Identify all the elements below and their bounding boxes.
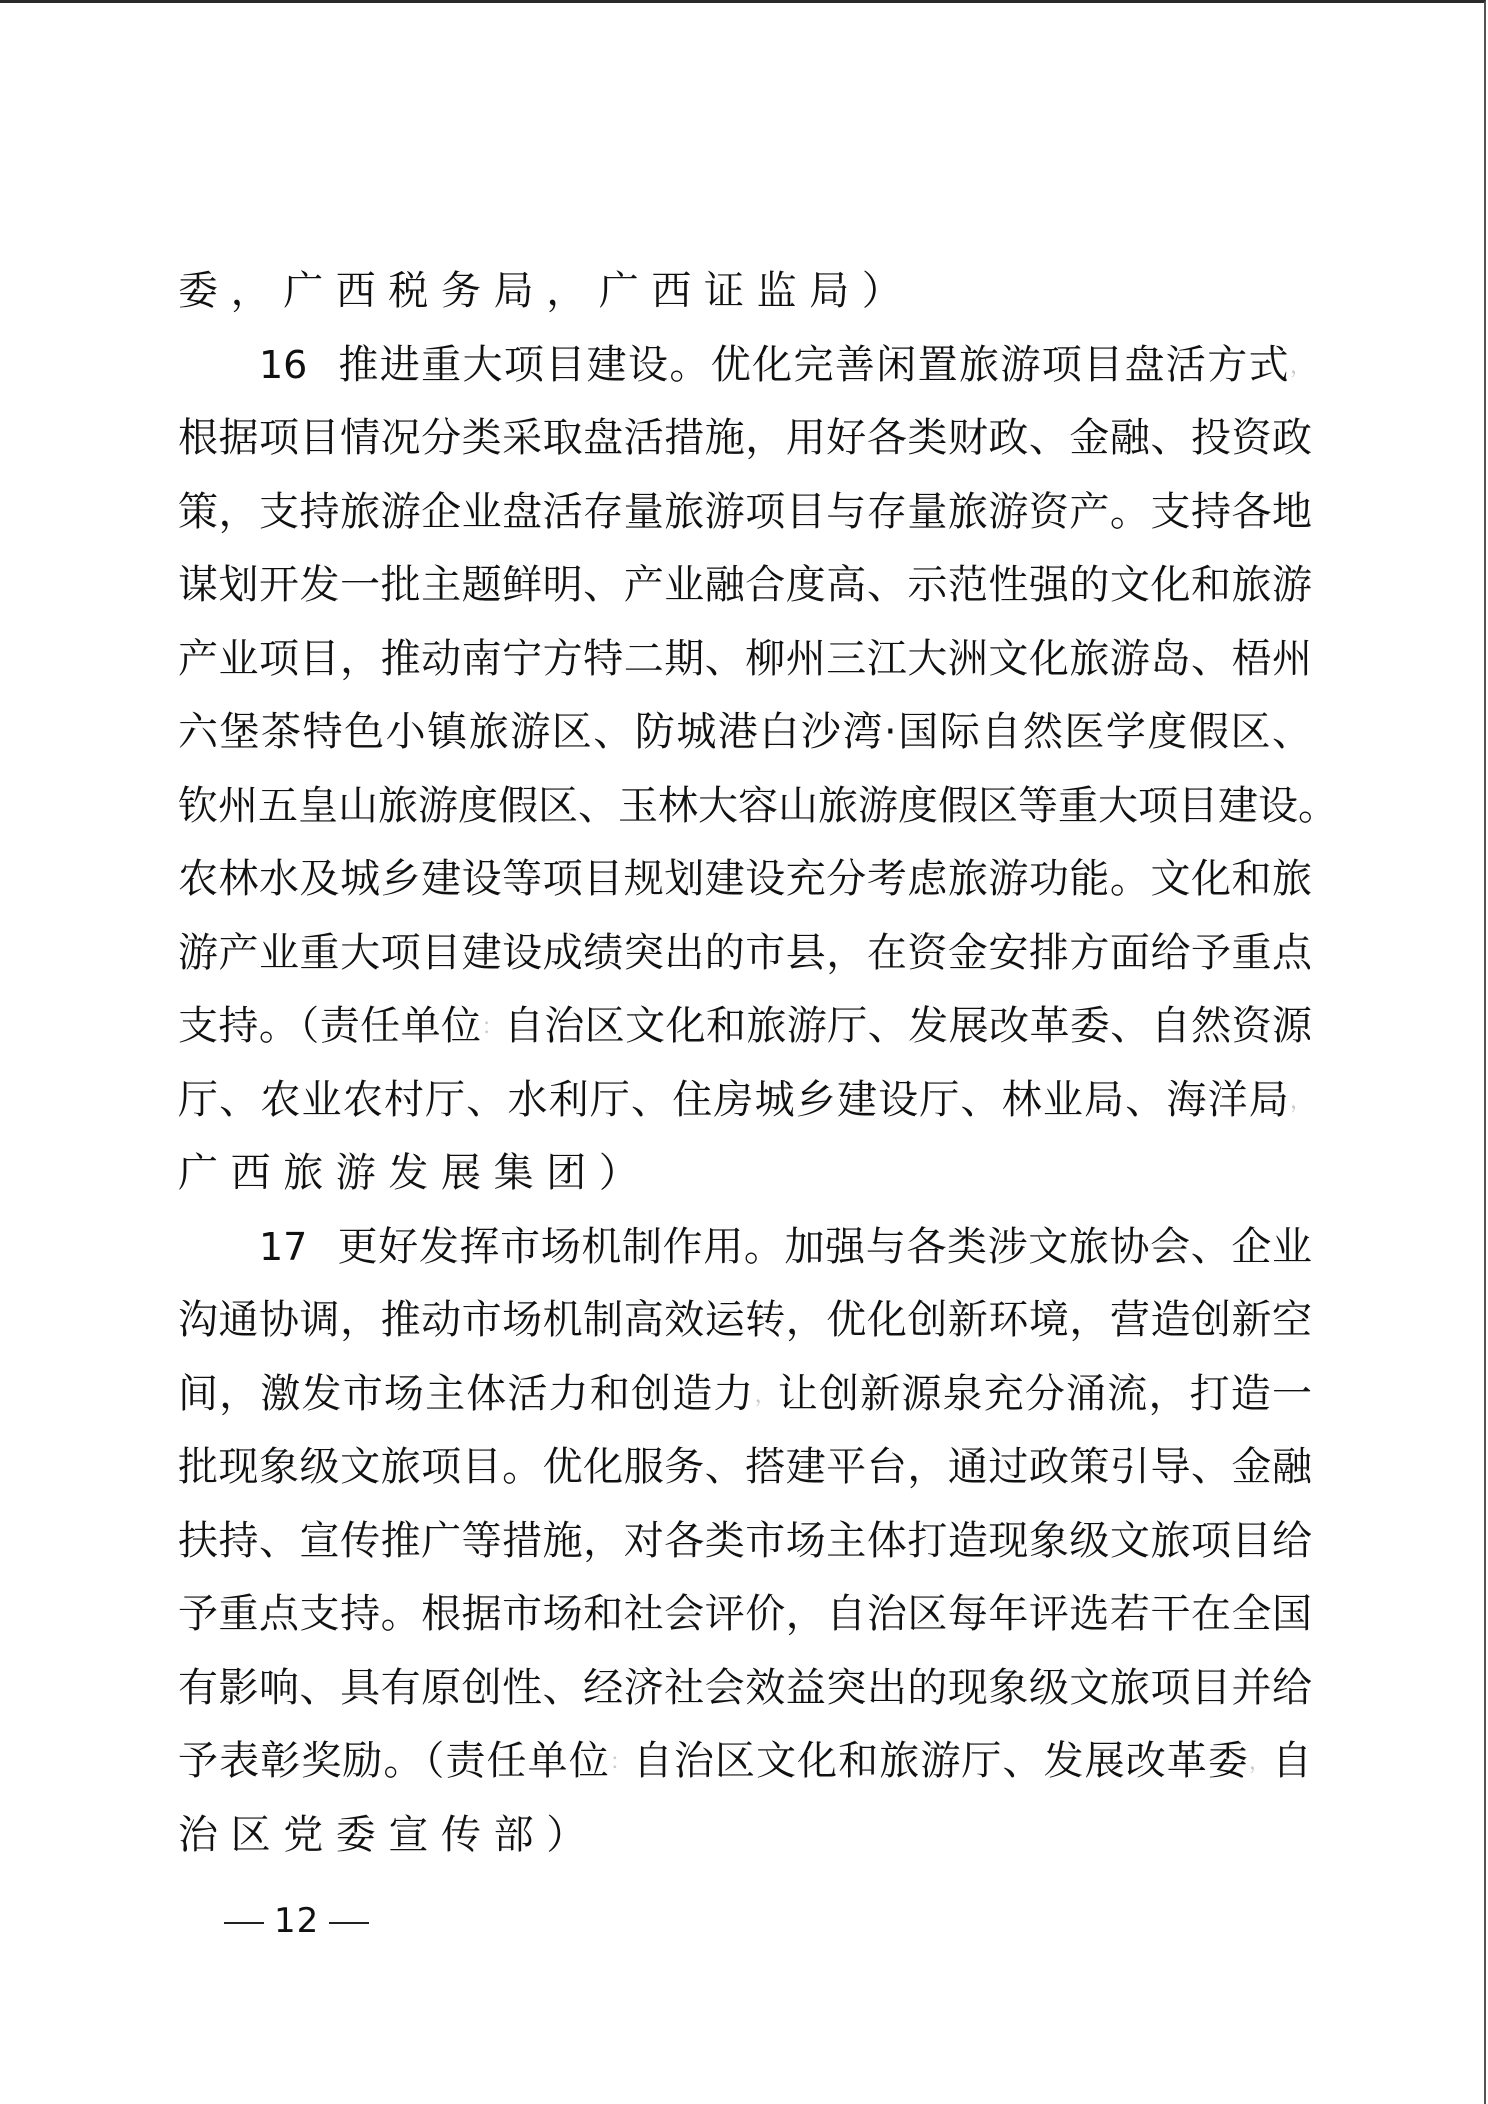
text-line: 产业项目，推动南宁方特二期、柳州三江大洲文化旅游岛、梧州 [178,629,1312,703]
line-text: 六堡茶特色小镇旅游区、防城港白沙湾·国际自然医学度假区、 [178,709,1312,755]
item-16-heading-line: 16推进重大项目建设。优化完善闲置旅游项目盘活方式， [178,335,1312,409]
responsibility-line: 予表彰奖励。（责任单位：自治区文化和旅游厅、发展改革委，自 [178,1731,1312,1805]
page-number-value: 12 [274,1901,319,1941]
page-number: 12 [214,1896,379,1946]
line-text: 推进重大项目建设。优化完善闲置旅游项目盘活方式 [337,342,1290,388]
text-line: 批现象级文旅项目。优化服务、搭建平台，通过政策引导、金融 [178,1437,1312,1511]
text-line: 游产业重大项目建设成绩突出的市县，在资金安排方面给予重点 [178,923,1312,997]
line-text: 委，广西税务局，广西证监局） [178,268,914,314]
text-line: 委，广西税务局，广西证监局） [178,261,1312,335]
line-text: 更好发挥市场机制作用。加强与各类涉文旅协会、企业 [337,1224,1312,1270]
text-line: 六堡茶特色小镇旅游区、防城港白沙湾·国际自然医学度假区、 [178,702,1312,776]
text-line: 扶持、宣传推广等措施，对各类市场主体打造现象级文旅项目给 [178,1511,1312,1585]
text-line: 农林水及城乡建设等项目规划建设充分考虑旅游功能。文化和旅 [178,849,1312,923]
text-line: 有影响、具有原创性、经济社会效益突出的现象级文旅项目并给 [178,1658,1312,1732]
body-text: 委，广西税务局，广西证监局） 16推进重大项目建设。优化完善闲置旅游项目盘活方式… [178,261,1312,1878]
line-text: 治区党委宣传部） [178,1812,599,1858]
text-line: 钦州五皇山旅游度假区、玉林大容山旅游度假区等重大项目建设。 [178,776,1312,850]
document-page: 委，广西税务局，广西证监局） 16推进重大项目建设。优化完善闲置旅游项目盘活方式… [0,0,1486,2104]
item-number: 16 [259,335,337,395]
text-line: 根据项目情况分类采取盘活措施，用好各类财政、金融、投资政 [178,408,1312,482]
text-line: 间，激发市场主体活力和创造力，让创新源泉充分涌流，打造一 [178,1364,1312,1438]
text-line: 治区党委宣传部） [178,1805,1312,1879]
faint-punctuation: ， [1249,1750,1272,1775]
text-line: 广西旅游发展集团） [178,1143,1312,1217]
line-text: 策，支持旅游企业盘活存量旅游项目与存量旅游资产。支持各地 [178,489,1312,535]
line-text: 谋划开发一批主题鲜明、产业融合度高、示范性强的文化和旅游 [178,562,1312,608]
text-line: 谋划开发一批主题鲜明、产业融合度高、示范性强的文化和旅游 [178,555,1312,629]
line-text: 支持。（责任单位 [178,1003,481,1049]
faint-punctuation: ， [755,1383,778,1408]
line-text: 自治区文化和旅游厅、发展改革委、自然资源 [504,1003,1312,1049]
responsibility-line: 支持。（责任单位：自治区文化和旅游厅、发展改革委、自然资源 [178,996,1312,1070]
dash-left-icon [224,1922,264,1924]
line-text: 让创新源泉充分涌流，打造一 [778,1371,1312,1417]
text-line: 厅、农业农村厅、水利厅、住房城乡建设厅、林业局、海洋局， [178,1070,1312,1144]
dash-right-icon [329,1922,369,1924]
line-text: 根据项目情况分类采取盘活措施，用好各类财政、金融、投资政 [178,415,1312,461]
line-text: 沟通协调，推动市场机制高效运转，优化创新环境，营造创新空 [178,1297,1312,1343]
text-line: 予重点支持。根据市场和社会评价，自治区每年评选若干在全国 [178,1584,1312,1658]
line-text: 产业项目，推动南宁方特二期、柳州三江大洲文化旅游岛、梧州 [178,636,1312,682]
line-text: 游产业重大项目建设成绩突出的市县，在资金安排方面给予重点 [178,930,1312,976]
line-text: 扶持、宣传推广等措施，对各类市场主体打造现象级文旅项目给 [178,1518,1312,1564]
faint-punctuation: ： [481,1015,503,1040]
text-line: 策，支持旅游企业盘活存量旅游项目与存量旅游资产。支持各地 [178,482,1312,556]
line-text: 厅、农业农村厅、水利厅、住房城乡建设厅、林业局、海洋局 [178,1077,1290,1123]
line-text: 广西旅游发展集团） [178,1150,651,1196]
text-line: 沟通协调，推动市场机制高效运转，优化创新环境，营造创新空 [178,1290,1312,1364]
line-text: 自治区文化和旅游厅、发展改革委 [633,1738,1249,1784]
line-text: 钦州五皇山旅游度假区、玉林大容山旅游度假区等重大项目建设。 [178,783,1338,829]
item-17-heading-line: 17更好发挥市场机制作用。加强与各类涉文旅协会、企业 [178,1217,1312,1291]
line-text: 农林水及城乡建设等项目规划建设充分考虑旅游功能。文化和旅 [178,856,1312,902]
line-text: 有影响、具有原创性、经济社会效益突出的现象级文旅项目并给 [178,1665,1312,1711]
line-text: 批现象级文旅项目。优化服务、搭建平台，通过政策引导、金融 [178,1444,1312,1490]
line-text: 自 [1272,1738,1312,1784]
line-text: 间，激发市场主体活力和创造力 [178,1371,755,1417]
faint-punctuation: ： [610,1750,633,1775]
faint-punctuation: ， [1290,1089,1312,1114]
line-text: 予表彰奖励。（责任单位 [178,1738,610,1784]
item-number: 17 [259,1217,337,1277]
faint-punctuation: ， [1290,354,1312,379]
line-text: 予重点支持。根据市场和社会评价，自治区每年评选若干在全国 [178,1591,1312,1637]
